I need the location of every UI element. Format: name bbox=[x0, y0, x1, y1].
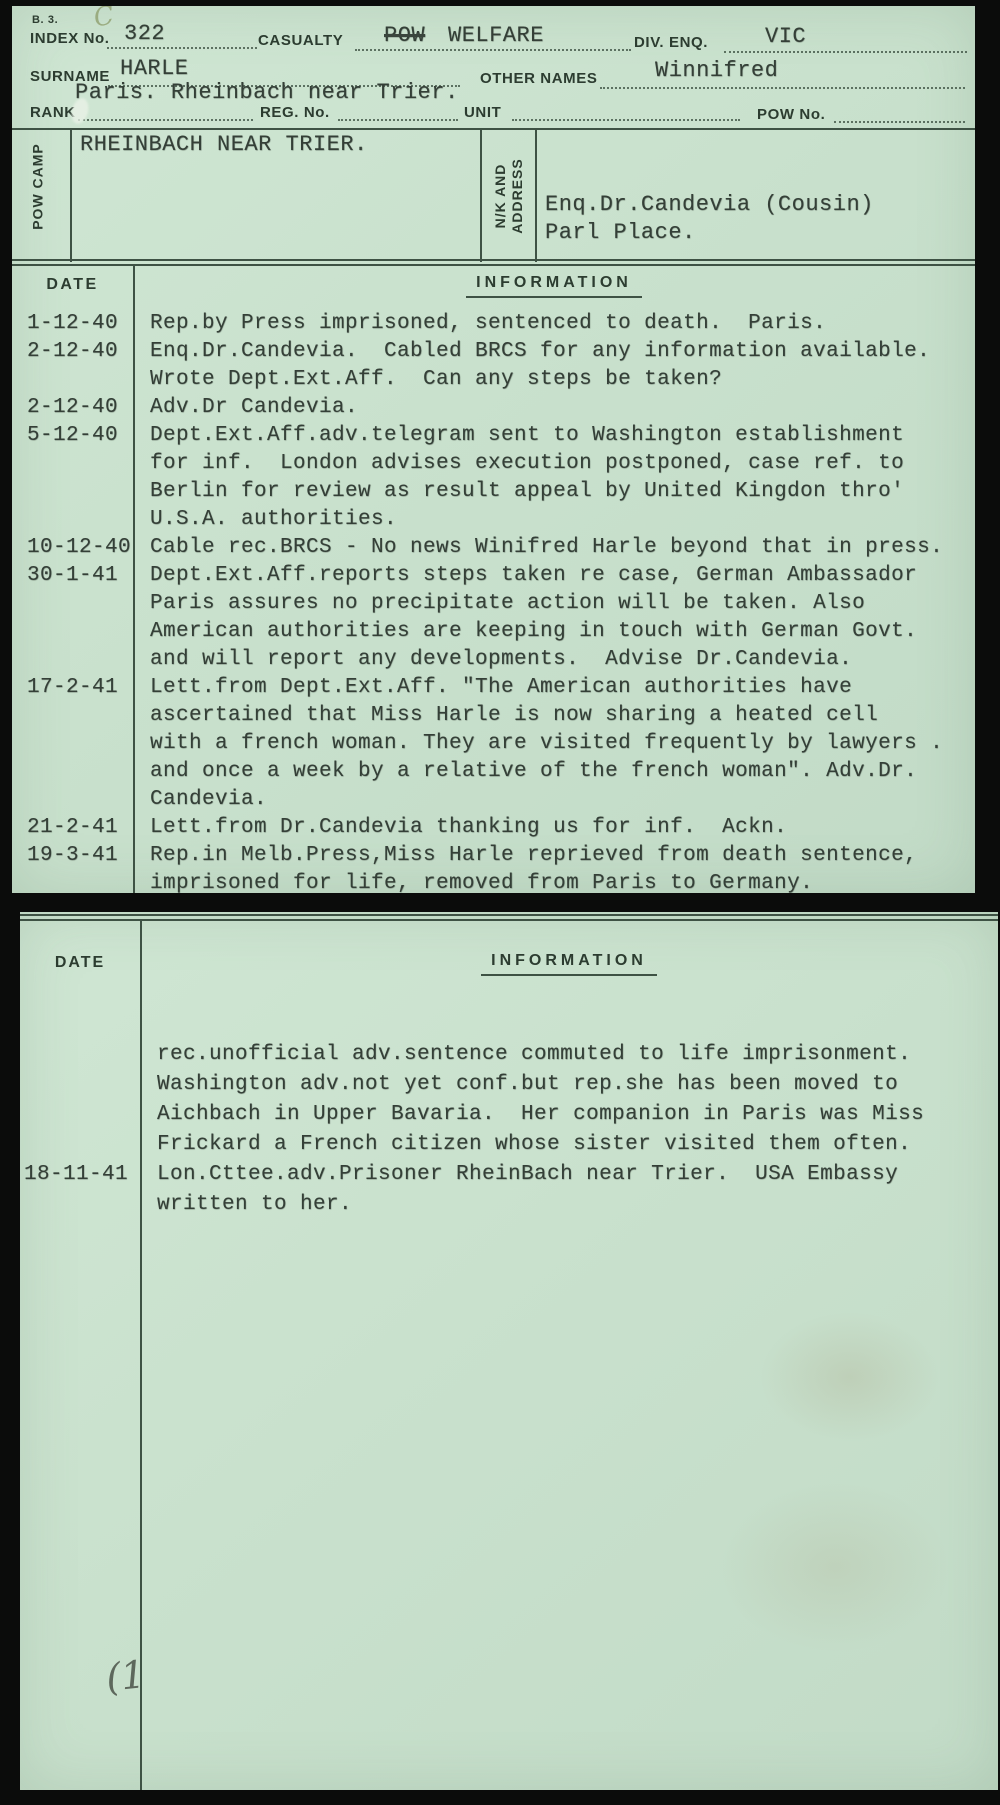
table-row: 18-11-41 Lon.Cttee.adv.Prisoner RheinBac… bbox=[20, 1160, 998, 1220]
nk-label-line1: N/K AND bbox=[492, 136, 509, 256]
table-row: 1-12-40 Rep.by Press imprisoned, sentenc… bbox=[12, 310, 975, 338]
surname-value: HARLE bbox=[120, 56, 189, 81]
div-enq-label: DIV. ENQ. bbox=[634, 34, 708, 51]
pow-no-label: POW No. bbox=[757, 106, 825, 123]
record-entries: rec.unofficial adv.sentence commuted to … bbox=[20, 1040, 998, 1220]
entry-date: 19-3-41 bbox=[12, 842, 133, 870]
stain bbox=[760, 1312, 940, 1442]
table-row: 21-2-41 Lett.from Dr.Candevia thanking u… bbox=[12, 814, 975, 842]
entry-text: rec.unofficial adv.sentence commuted to … bbox=[140, 1040, 998, 1160]
table-row: rec.unofficial adv.sentence commuted to … bbox=[20, 1040, 998, 1160]
table-row: 2-12-40 Adv.Dr Candevia. bbox=[12, 394, 975, 422]
other-names-label: OTHER NAMES bbox=[480, 70, 597, 87]
entry-date: 2-12-40 bbox=[12, 338, 133, 366]
record-entries: 1-12-40 Rep.by Press imprisoned, sentenc… bbox=[12, 310, 975, 893]
table-row: 19-3-41 Rep.in Melb.Press,Miss Harle rep… bbox=[12, 842, 975, 893]
index-no-value: 322 bbox=[124, 21, 165, 46]
information-header: INFORMATION bbox=[140, 952, 998, 976]
information-header: INFORMATION bbox=[133, 274, 975, 298]
entry-text: Rep.by Press imprisoned, sentenced to de… bbox=[133, 310, 975, 338]
information-header-text: INFORMATION bbox=[466, 274, 642, 298]
table-row: 2-12-40 Enq.Dr.Candevia. Cabled BRCS for… bbox=[12, 338, 975, 394]
nk-address-line1: Enq.Dr.Candevia (Cousin) bbox=[545, 192, 874, 217]
nk-divider-left bbox=[480, 128, 482, 262]
pow-record-card-continuation: DATE INFORMATION rec.unofficial adv.sent… bbox=[20, 912, 998, 1790]
nk-address-line2: Parl Place. bbox=[545, 220, 696, 245]
casualty-rule bbox=[355, 49, 631, 51]
entry-date: 5-12-40 bbox=[12, 422, 133, 450]
entry-text: Lett.from Dept.Ext.Aff. "The American au… bbox=[133, 674, 975, 814]
table-row: 30-1-41 Dept.Ext.Aff.reports steps taken… bbox=[12, 562, 975, 674]
pen-mark: (1 bbox=[104, 1652, 147, 1700]
entry-text: Lon.Cttee.adv.Prisoner RheinBach near Tr… bbox=[140, 1160, 998, 1220]
section-rule-top bbox=[12, 128, 975, 130]
rank-label: RANK bbox=[30, 104, 76, 121]
unit-rule bbox=[512, 119, 740, 121]
pow-record-card-front: B. 3. C INDEX No. 322 CASUALTY POW WELFA… bbox=[12, 6, 975, 893]
index-no-rule bbox=[107, 47, 257, 49]
stain bbox=[720, 1482, 950, 1652]
date-header: DATE bbox=[20, 954, 140, 972]
table-row: 10-12-40 Cable rec.BRCS - No news Winifr… bbox=[12, 534, 975, 562]
entry-text: Dept.Ext.Aff.reports steps taken re case… bbox=[133, 562, 975, 674]
nk-divider-right bbox=[535, 128, 537, 262]
location-note: Paris. Rheinbach near Trier. bbox=[75, 80, 459, 105]
entry-text: Adv.Dr Candevia. bbox=[133, 394, 975, 422]
pow-no-rule bbox=[834, 121, 965, 123]
entry-date: 21-2-41 bbox=[12, 814, 133, 842]
table-row: 17-2-41 Lett.from Dept.Ext.Aff. "The Ame… bbox=[12, 674, 975, 814]
entry-text: Enq.Dr.Candevia. Cabled BRCS for any inf… bbox=[133, 338, 975, 394]
entry-date: 18-11-41 bbox=[20, 1160, 140, 1190]
double-rule-2 bbox=[20, 919, 998, 921]
reg-no-label: REG. No. bbox=[260, 104, 330, 121]
nk-address-label: N/K AND ADDRESS bbox=[492, 136, 526, 256]
pow-camp-divider bbox=[70, 128, 72, 262]
pow-camp-label: POW CAMP bbox=[30, 121, 47, 253]
double-rule-2 bbox=[12, 264, 975, 266]
double-rule-1 bbox=[20, 914, 998, 916]
other-names-value: Winnifred bbox=[655, 58, 778, 83]
index-no-label: INDEX No. bbox=[30, 30, 110, 47]
entry-date: 1-12-40 bbox=[12, 310, 133, 338]
nk-label-line2: ADDRESS bbox=[509, 136, 526, 256]
entry-date: 17-2-41 bbox=[12, 674, 133, 702]
scanned-pow-record: { "colors":{"card_bg":"#c9e1cd","ink":"#… bbox=[0, 0, 1000, 1805]
entry-date: 30-1-41 bbox=[12, 562, 133, 590]
entry-text: Dept.Ext.Aff.adv.telegram sent to Washin… bbox=[133, 422, 975, 534]
information-header-text: INFORMATION bbox=[481, 952, 657, 976]
other-names-rule bbox=[600, 87, 965, 89]
form-code: B. 3. bbox=[32, 14, 58, 26]
rank-rule bbox=[78, 119, 253, 121]
entry-text: Cable rec.BRCS - No news Winifred Harle … bbox=[133, 534, 975, 562]
table-row: 5-12-40 Dept.Ext.Aff.adv.telegram sent t… bbox=[12, 422, 975, 534]
date-header: DATE bbox=[12, 276, 133, 294]
casualty-struck-value: POW bbox=[384, 23, 425, 48]
div-enq-value: VIC bbox=[765, 24, 806, 49]
unit-label: UNIT bbox=[464, 104, 501, 121]
entry-date: 2-12-40 bbox=[12, 394, 133, 422]
casualty-label: CASUALTY bbox=[258, 32, 343, 49]
entry-date: 10-12-40 bbox=[12, 534, 133, 562]
casualty-value: WELFARE bbox=[448, 23, 544, 48]
entry-text: Rep.in Melb.Press,Miss Harle reprieved f… bbox=[133, 842, 975, 893]
div-enq-rule bbox=[724, 51, 967, 53]
pow-camp-value: RHEINBACH NEAR TRIER. bbox=[80, 132, 368, 157]
reg-no-rule bbox=[338, 119, 458, 121]
double-rule-1 bbox=[12, 259, 975, 261]
entry-text: Lett.from Dr.Candevia thanking us for in… bbox=[133, 814, 975, 842]
